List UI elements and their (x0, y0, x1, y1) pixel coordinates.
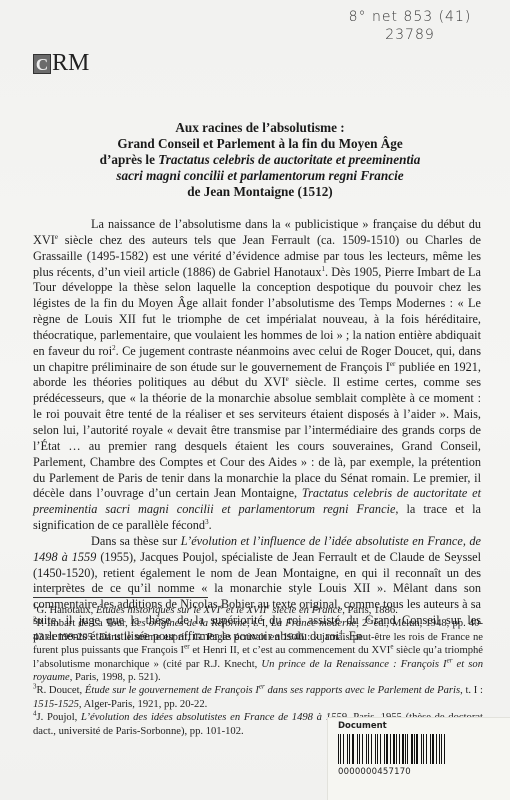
text-run: R. Doucet, (37, 685, 85, 696)
footnote-separator (33, 597, 208, 598)
title-italic-1: Tractatus celebris de auctoritate et pre… (158, 152, 420, 167)
text-run: , 2 (356, 618, 367, 629)
text-run: , Paris, 1998, p. 521). (70, 672, 161, 683)
text-run: et Henri II, et c’est au commencement du… (190, 645, 391, 656)
text-run: Dans sa thèse sur (91, 534, 181, 548)
text-run: G. Hanotaux, (37, 605, 96, 616)
title-line-5: de Jean Montaigne (1512) (60, 184, 460, 200)
barcode-label: Document (338, 721, 387, 731)
barcode-icon (338, 734, 448, 764)
text-run: , t. I : (460, 685, 483, 696)
text-run: Les origines de la Réforme (131, 618, 247, 629)
text-run: , Alger-Paris, 1921, pp. 20-22. (79, 699, 207, 710)
text-run: Un prince de la Renaissance : François I (261, 659, 446, 670)
title-line-2: Grand Conseil et Parlement à la fin du M… (60, 136, 460, 152)
title-line-4: sacri magni concilii et parlamentorum re… (60, 168, 460, 184)
footnote-2: 2P. Imbart de La Tour, Les origines de l… (33, 617, 483, 684)
footnote-1: 1G. Hanotaux, Études historiques sur le … (33, 604, 483, 617)
text-run: 1515-1525 (33, 699, 79, 710)
logo-initial-icon: C (33, 54, 51, 74)
logo-text: RM (52, 52, 89, 74)
text-run: J. Poujol, (37, 712, 81, 723)
text-run: , Paris, 1886. (342, 605, 398, 616)
text-run: Étude sur le gouvernement de François I (85, 685, 259, 696)
text-run: , t. I, (247, 618, 271, 629)
text-run: siècle en France (270, 605, 343, 616)
barcode-number: 0000000457170 (338, 767, 411, 777)
crm-logo: C RM (33, 52, 89, 74)
shelfmark-line-1: 8° net 853 (41) (340, 8, 480, 26)
shelfmark-line-2: 23789 (340, 26, 480, 44)
text-run: . (209, 518, 212, 532)
title-line-3: d’après le Tractatus celebris de auctori… (60, 152, 460, 168)
text-run: La France moderne (271, 618, 356, 629)
text-run: et le XVII (223, 605, 266, 616)
footnote-3: 3R. Doucet, Étude sur le gouvernement de… (33, 684, 483, 711)
text-run: siècle. Il estime certes, comme ses préd… (33, 375, 481, 500)
barcode-sticker: Document 0000000457170 (327, 717, 510, 800)
article-body: La naissance de l’absolutisme dans la « … (33, 217, 481, 645)
text-run: P. Imbart de La Tour, (37, 618, 131, 629)
document-page: 8° net 853 (41) 23789 C RM Aux racines d… (0, 0, 510, 800)
text-run: L’évolution des idées absolutistes en Fr… (81, 712, 347, 723)
title-line-1: Aux racines de l’absolutisme : (60, 120, 460, 136)
title-prefix: d’après le (100, 152, 159, 167)
paragraph-1: La naissance de l’absolutisme dans la « … (33, 217, 481, 534)
text-run: Études historiques sur le XVI (96, 605, 220, 616)
text-run: dans ses rapports avec le Parlement de P… (265, 685, 460, 696)
handwritten-shelfmark: 8° net 853 (41) 23789 (340, 8, 480, 44)
title-italic-2: sacri magni concilii et parlamentorum re… (116, 168, 403, 183)
article-title: Aux racines de l’absolutisme : Grand Con… (60, 120, 460, 200)
